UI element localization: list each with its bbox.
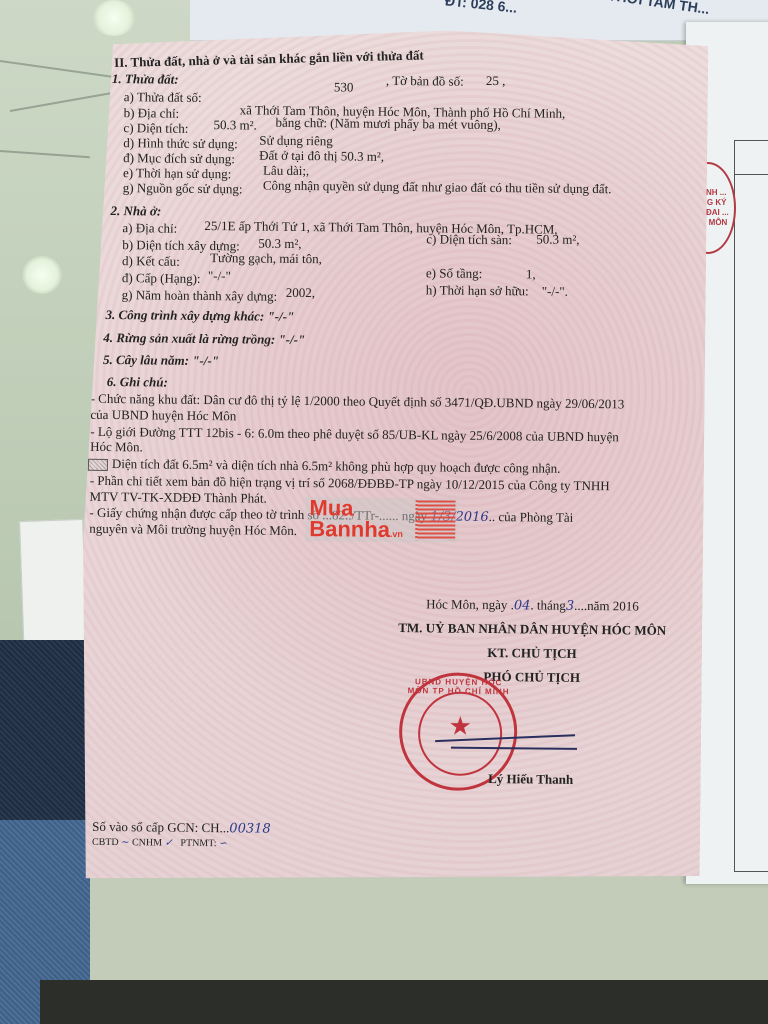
land-purpose-label: đ) Mục đích sử dụng: [123, 150, 235, 166]
land-origin-label: g) Nguồn gốc sử dụng: [123, 180, 243, 196]
land-address-label: b) Địa chỉ: [124, 105, 180, 121]
ceiling-light-reflection [22, 256, 62, 294]
note-line: MTV TV-TK-XDĐĐ Thành Phát. [90, 489, 267, 506]
registry-number-line: Số vào sổ cấp GCN: CH...00318 [92, 819, 271, 837]
section-title: II. Thửa đất, nhà ở và tài sản khác gắn … [114, 47, 424, 70]
map-sheet-value: 25 , [486, 73, 506, 88]
signer-name: Lý Hiếu Thanh [351, 770, 711, 790]
build-area-value: 50.3 m², [258, 236, 301, 251]
floor-area-label: c) Diện tích sàn: [426, 231, 512, 247]
land-certificate-page: II. Thửa đất, nhà ở và tài sản khác gắn … [80, 27, 709, 893]
signer-role-1: KT. CHỦ TỊCH [352, 644, 712, 664]
national-emblem-icon: ★ [418, 691, 503, 776]
page-frame [734, 140, 768, 872]
use-form-label: d) Hình thức sử dụng: [123, 135, 238, 151]
page-divider [734, 174, 768, 175]
watermark-line2: Bannha [309, 516, 390, 542]
parcel-number-value: 530 [334, 79, 354, 94]
hatched-area-legend-icon [88, 459, 108, 471]
land-term-value: Lâu dài;, [263, 163, 309, 178]
grade-label: đ) Cấp (Hạng): [122, 270, 201, 286]
use-form-value: Sử dụng riêng [259, 133, 333, 149]
grade-value: "-/-" [208, 268, 231, 283]
house-heading: 2. Nhà ở: [111, 203, 162, 219]
mua-ban-nha-watermark: Mua Bannha.vn [305, 497, 457, 543]
handwritten-month: 3 [566, 599, 574, 614]
ceiling-light-reflection [92, 0, 136, 36]
card-phone-text: ĐT: 028 6... [444, 0, 518, 16]
land-term-label: e) Thời hạn sử dụng: [123, 165, 231, 181]
structure-value: Tường gạch, mái tôn, [210, 250, 322, 266]
note-line: nguyên và Môi trường huyện Hóc Môn. [89, 521, 297, 538]
issue-date-line: Hóc Môn, ngày .04. tháng3....năm 2016 [352, 596, 712, 616]
other-construction: 3. Công trình xây dựng khác: "-/-" [105, 307, 294, 324]
notes-heading: 6. Ghi chú: [107, 374, 168, 390]
note-line: của UBND huyện Hóc Môn [90, 407, 236, 424]
parcel-number-label: a) Thửa đất số: [124, 89, 202, 105]
floors-label: e) Số tầng: [426, 265, 482, 281]
note-line: - Lộ giới Đường TTT 12bis - 6: 6.0m theo… [90, 424, 619, 445]
issuing-authority: TM. UỶ BAN NHÂN DÂN HUYỆN HÓC MÔN [352, 620, 712, 640]
watermark-suffix: .vn [390, 529, 403, 539]
land-area-label: c) Diện tích: [123, 120, 188, 136]
land-purpose-value: Đất ở tại đô thị 50.3 m², [259, 148, 384, 164]
land-origin-value: Công nhận quyền sử dụng đất như giao đất… [263, 178, 612, 197]
ownership-term-value: "-/-". [542, 284, 568, 299]
card-place-text: THỚI TAM TH... [607, 0, 710, 17]
map-sheet-label: , Tờ bản đồ số: [386, 73, 464, 89]
production-forest: 4. Rừng sản xuất là rừng trồng: "-/-" [103, 330, 305, 347]
handwritten-day: 04 [514, 598, 531, 613]
completion-year-value: 2002, [286, 285, 315, 300]
note-line: Hóc Môn. [90, 439, 143, 455]
structure-label: d) Kết cấu: [122, 253, 180, 269]
land-area-words: bằng chữ: (Năm mươi phẩy ba mét vuông), [275, 115, 500, 132]
land-area-value: 50.3 m². [213, 117, 256, 132]
ownership-term-label: h) Thời hạn sở hữu: [426, 282, 529, 298]
perennial-trees: 5. Cây lâu năm: "-/-" [103, 352, 219, 368]
floor-shadow [40, 980, 768, 1024]
floors-value: 1, [526, 266, 536, 281]
land-heading: 1. Thửa đất: [112, 71, 179, 87]
floor-area-value: 50.3 m², [536, 231, 579, 246]
house-address-label: a) Địa chỉ: [122, 220, 177, 236]
approval-initials-line: CBTD ~ CNHM ✓ PTNMT: ∽ [92, 835, 228, 851]
handwritten-registry-number: 00318 [229, 821, 271, 836]
building-logo-icon [415, 500, 455, 540]
completion-year-label: g) Năm hoàn thành xây dựng: [122, 287, 278, 304]
